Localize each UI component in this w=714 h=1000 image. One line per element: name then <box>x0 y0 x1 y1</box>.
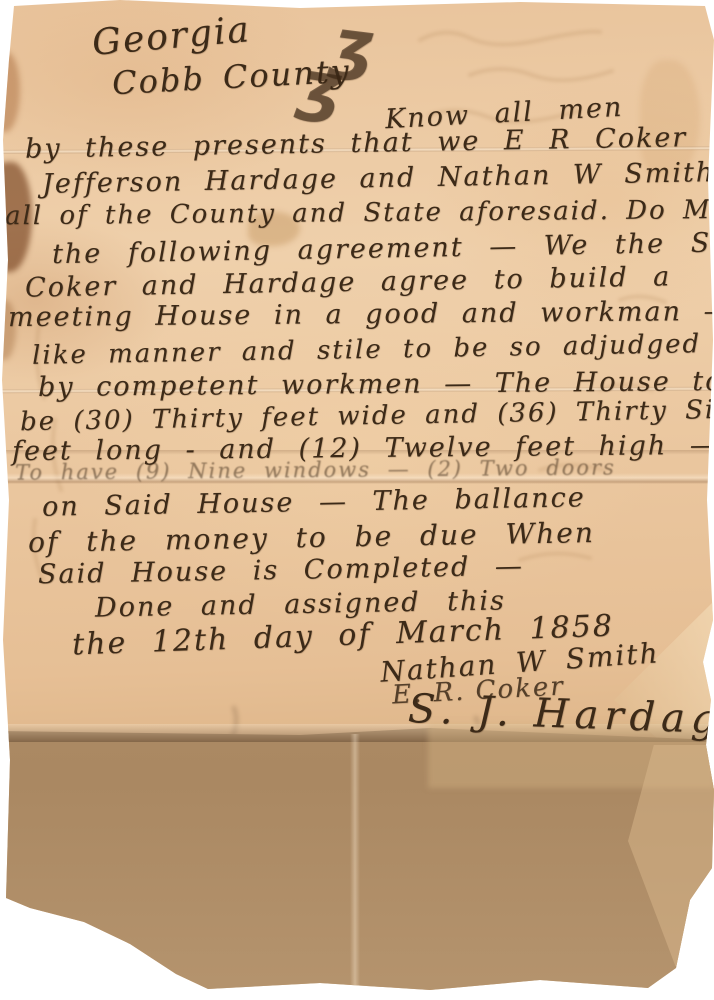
manuscript-line: meeting House in a good and workman — <box>8 296 714 333</box>
document-paper: Georgia ʒ Cobb County ʒ Know all men by … <box>0 0 714 1000</box>
vertical-crease <box>350 734 360 992</box>
manuscript-line: all of the County and State aforesaid. D… <box>5 195 714 232</box>
scanned-document-photo: Georgia ʒ Cobb County ʒ Know all men by … <box>0 0 714 1000</box>
